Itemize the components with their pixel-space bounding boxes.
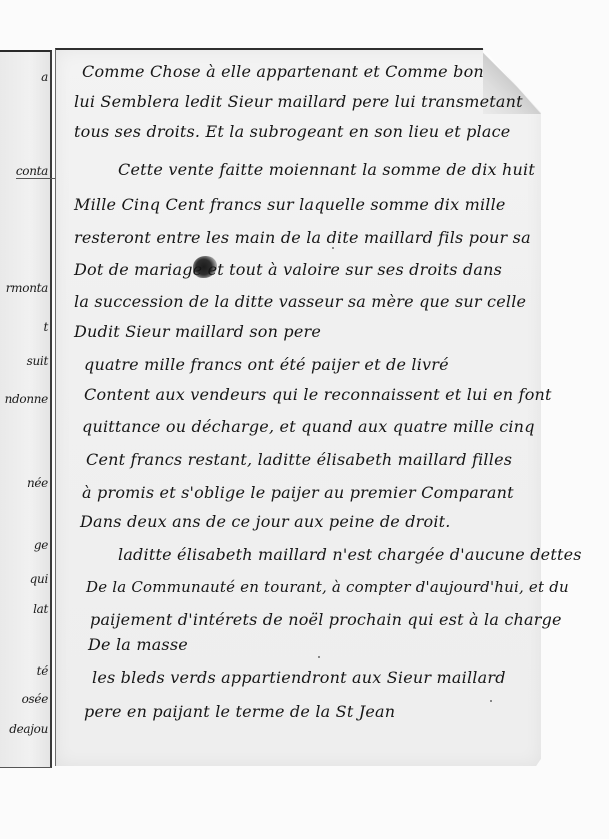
text-line: pere en paijant le terme de la St Jean bbox=[84, 702, 395, 721]
text-line: Cent francs restant, laditte élisabeth m… bbox=[86, 450, 512, 469]
text-line: quatre mille francs ont été paijer et de… bbox=[84, 355, 449, 374]
under-page-fragment: a bbox=[41, 70, 48, 84]
text-line: Content aux vendeurs qui le reconnaissen… bbox=[84, 385, 552, 404]
under-page-fragment: née bbox=[27, 476, 48, 490]
text-line: resteront entre les main de la dite mail… bbox=[74, 228, 531, 247]
under-page-rule bbox=[16, 178, 56, 179]
under-page-fragment: rmonta bbox=[6, 281, 48, 295]
under-page-fragment: té bbox=[37, 664, 48, 678]
manuscript-page bbox=[55, 48, 541, 766]
under-page-fragment: osée bbox=[22, 692, 48, 706]
text-line: quittance ou décharge, et quand aux quat… bbox=[82, 417, 535, 436]
text-line: Dudit Sieur maillard son pere bbox=[74, 322, 321, 341]
text-line: Mille Cinq Cent francs sur laquelle somm… bbox=[74, 195, 506, 214]
ink-speck bbox=[332, 247, 334, 249]
text-line: laditte élisabeth maillard n'est chargée… bbox=[118, 545, 582, 564]
text-line: Cette vente faitte moiennant la somme de… bbox=[118, 160, 535, 179]
under-page-fragment: ndonne bbox=[5, 392, 48, 406]
text-line: Dot de mariage et tout à valoire sur ses… bbox=[74, 260, 502, 279]
text-line: à promis et s'oblige le paijer au premie… bbox=[82, 483, 514, 502]
text-line: De la Communauté en tourant, à compter d… bbox=[86, 578, 569, 596]
under-page-fragment: qui bbox=[30, 572, 48, 586]
underlying-page: a conta rmonta t suit ndonne née ge qui … bbox=[0, 50, 52, 768]
text-line: De la masse bbox=[88, 635, 188, 654]
under-page-fragment: deajou bbox=[9, 722, 48, 736]
text-line: les bleds verds appartiendront aux Sieur… bbox=[92, 668, 506, 687]
text-line: paijement d'intérets de noël prochain qu… bbox=[90, 610, 562, 629]
under-page-fragment: ge bbox=[34, 538, 48, 552]
under-page-fragment: suit bbox=[27, 354, 48, 368]
under-page-fragment: conta bbox=[16, 164, 48, 178]
text-line: lui Semblera ledit Sieur maillard pere l… bbox=[74, 92, 523, 111]
ink-speck bbox=[490, 700, 492, 702]
text-line: Comme Chose à elle appartenant et Comme … bbox=[82, 62, 484, 81]
ink-speck bbox=[318, 656, 320, 658]
under-page-fragment: t bbox=[43, 320, 48, 334]
text-line: la succession de la ditte vasseur sa mèr… bbox=[74, 292, 526, 311]
under-page-fragment: lat bbox=[33, 602, 48, 616]
text-line: tous ses droits. Et la subrogeant en son… bbox=[74, 122, 510, 141]
text-line: Dans deux ans de ce jour aux peine de dr… bbox=[80, 512, 451, 531]
